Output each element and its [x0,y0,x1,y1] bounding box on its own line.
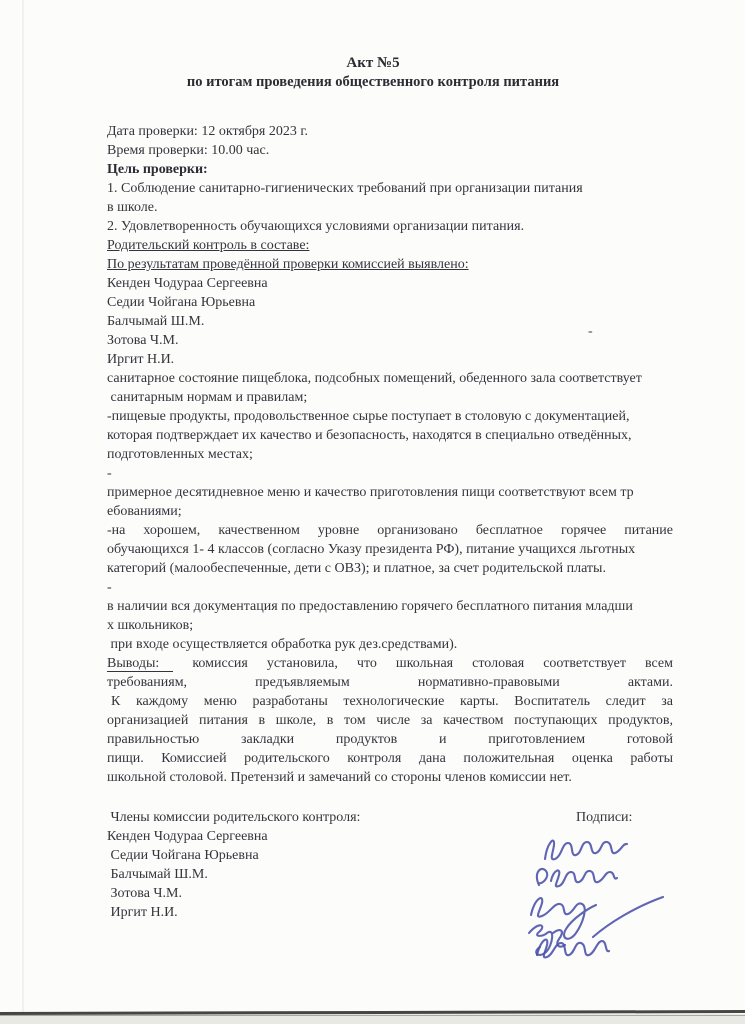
finding-line: х школьников; [107,616,673,635]
signature-sedii-ink [537,869,617,886]
finding-line: подготовленных местах; [107,445,673,464]
document-subtitle: по итогам проведения общественного контр… [107,73,639,92]
commission-member: Кенден Чодураа Сергеевна [107,274,673,293]
finding-line: которая подтверждает их качество и безоп… [107,426,673,445]
conclusions-line-1: Выводы: комиссия установила, что школьна… [107,654,673,673]
commission-member: Иргит Н.И. [107,350,673,369]
finding-line: -на хорошем, качественном уровне организ… [107,521,673,540]
handwritten-signatures [505,815,675,965]
finding-line: в наличии вся документация по предоставл… [107,597,673,616]
finding-dash: - [107,464,673,483]
purpose-heading: Цель проверки: [107,160,673,179]
scan-artifact-dash: - [588,322,593,341]
conclusions-line-4: организацией питания в школе, в том числ… [107,711,673,730]
conclusions-line-3: К каждому меню разработаны технологическ… [107,692,673,711]
finding-line: -пищевые продукты, продовольственное сыр… [107,407,673,426]
purpose-item-1-line-2: в школе. [107,198,673,217]
check-date-line: Дата проверки: 12 октября 2023 г. [107,122,673,141]
signature-kenden-ink [545,841,627,860]
results-heading: По результатам проведённой проверки коми… [107,255,673,274]
signoff-members-heading: Члены комиссии родительского контроля: [107,810,360,825]
scanned-document-page: Акт №5 по итогам проведения общественног… [0,0,745,1024]
finding-line: категорий (малообеспеченные, дети с ОВЗ)… [107,559,673,578]
conclusions-label: Выводы: [107,656,173,672]
paper-left-scan-edge [22,0,24,1012]
purpose-item-1-line-1: 1. Соблюдение санитарно-гигиенических тр… [107,179,673,198]
finding-dash: - [107,578,673,597]
finding-line: санитарным нормам и правилам; [107,388,673,407]
finding-line: примерное десятидневное меню и качество … [107,483,673,502]
document-content: Акт №5 по итогам проведения общественног… [107,0,673,922]
conclusions-line-2: требованиям, предъявляемым нормативно-пр… [107,673,673,692]
check-time-line: Время проверки: 10.00 час. [107,141,673,160]
conclusions-text: комиссия установила, что школьная столов… [192,656,673,671]
scan-bottom-edge-shadow [0,1015,745,1016]
conclusions-line-5: правильностью закладки продуктов и приго… [107,730,673,749]
finding-line: санитарное состояние пищеблока, подсобны… [107,369,673,388]
purpose-item-2: 2. Удовлетворенность обучающихся условия… [107,217,673,236]
commission-member: Седии Чойгана Юрьевна [107,293,673,312]
conclusions-line-7: школьной столовой. Претензий и замечаний… [107,768,673,787]
conclusions-line-6: пищи. Комиссией родительского контроля д… [107,749,673,768]
composition-heading: Родительский контроль в составе: [107,236,673,255]
finding-line: ебованиями; [107,502,673,521]
document-title: Акт №5 [107,54,639,73]
signature-balchymai-ink [531,898,596,939]
finding-line: обучающихся 1- 4 классов (согласно Указу… [107,540,673,559]
finding-line: при входе осуществляется обработка рук д… [107,635,673,654]
